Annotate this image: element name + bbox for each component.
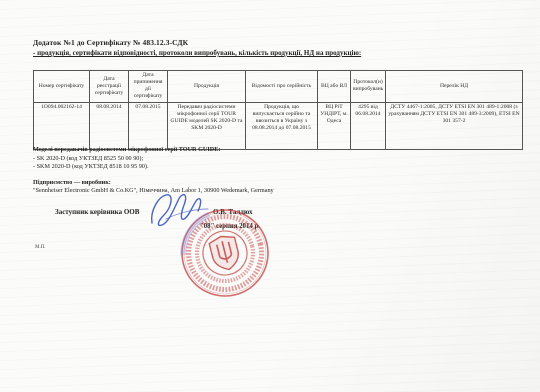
header-product: Продукція [168,71,246,103]
cell-cert-number: 1О094.002162-14 [34,102,90,149]
signatory-name: О.В. Талдюх [213,208,252,216]
manufacturer-title: Підприємство — виробник: [33,179,111,187]
header-seriality: Відомості про серійність [246,71,318,103]
header-end-date: Дата припинення дії сертифікату [129,71,168,103]
header-lab: ВЦ або ВЛ [318,71,351,103]
cell-product: Передавач радіосистеми мікрофонної серії… [168,102,246,149]
cell-protocol: 4295 від 06.08.2014 [351,102,386,149]
document-page: Додаток №1 до Сертифікату № 483.12.3-СДК… [0,0,540,392]
header-protocol: Протокол(и) випробувань [351,71,386,103]
model-item-sk2020d: - SK 2020-D (код УКТЗЕД 8525 50 00 90); [33,155,143,163]
models-title: Моделі передавачів радіосистеми мікрофон… [33,146,220,154]
header-cert-number: Номер сертифікату [34,71,90,103]
signatory-role: Заступник керівника ООВ [55,208,139,216]
manufacturer-line: "Sennheiser Electronic GmbH & Co.KG", Ні… [33,187,274,195]
signature-date: "08" серпня 2014 р. [200,223,260,230]
cell-lab: ВЦ РіТ УНДІРТ, м. Одеса [318,102,351,149]
cell-nd-list: ДСТУ 4467-1:2005, ДСТУ ETSI EN 301 489-1… [386,102,523,149]
table-header-row: Номер сертифікату Дата реєстрації сертиф… [34,71,523,103]
header-reg-date: Дата реєстрації сертифікату [90,71,129,103]
document-subtitle: - продукція, сертифікати відповідності, … [33,49,361,57]
model-item-skm2020d: - SKM 2020-D (код УКТЗЕД 8518 10 95 90). [33,163,149,171]
round-stamp-icon [175,203,275,303]
certificate-table: Номер сертифікату Дата реєстрації сертиф… [33,70,523,150]
seal-place-mark: М.П. [35,245,46,250]
cell-reg-date: 08.08.2014 [90,102,129,149]
cell-end-date: 07.08.2015 [129,102,168,149]
cell-seriality: Продукція, що випускається серійно та вв… [246,102,318,149]
header-nd-list: Перелік НД [386,71,523,103]
table-row: 1О094.002162-14 08.08.2014 07.08.2015 Пе… [34,102,523,149]
document-title: Додаток №1 до Сертифікату № 483.12.3-СДК [33,38,188,47]
